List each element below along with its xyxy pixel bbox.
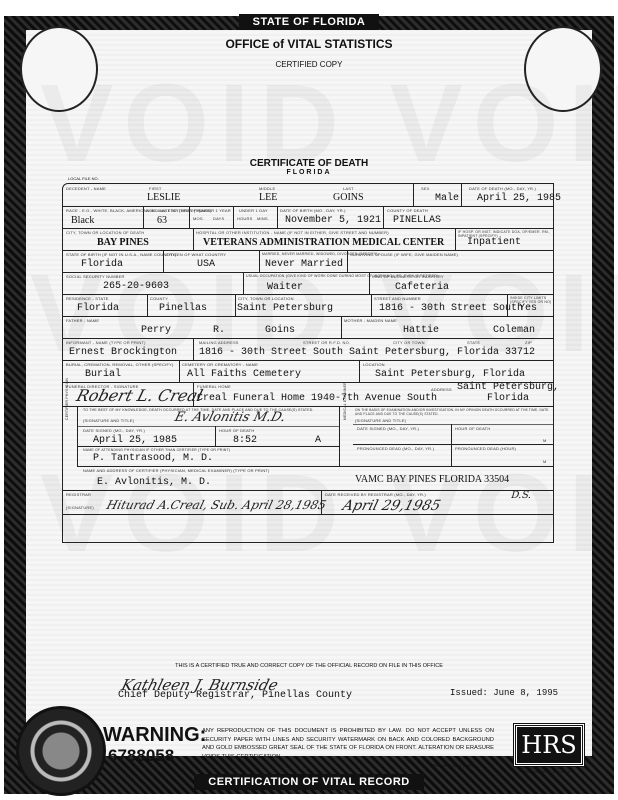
occupation: Waiter	[267, 282, 303, 293]
date-received-label: DATE RECEIVED BY REGISTRAR (Mo., Day, Yr…	[325, 492, 426, 497]
mins-label: MINS.	[257, 216, 269, 221]
res-street-label: STREET AND NUMBER	[374, 296, 421, 301]
decedent-last: GOINS	[333, 192, 364, 203]
county-of-death-label: COUNTY OF DEATH	[387, 208, 428, 213]
address-label: ADDRESS	[431, 387, 452, 392]
funeral-home-label: FUNERAL HOME	[197, 384, 231, 389]
location-label: LOCATION	[363, 362, 385, 367]
father-label: FATHER - NAME	[66, 318, 99, 323]
examiner-signature-title-label: (Signature and Title)	[355, 418, 406, 423]
me-date-signed-label: DATE SIGNED (Mo., Day, Yr.)	[357, 426, 419, 431]
hour-of-death-label: HOUR OF DEATH	[219, 428, 254, 433]
residence-city: Saint Petersburg	[237, 303, 333, 314]
certificate-title: CERTIFICATE OF DEATH	[0, 158, 618, 169]
death-certificate-form: DECEDENT - NAME FIRST MIDDLE LAST SEX DA…	[62, 183, 554, 543]
res-city-label: CITY, TOWN OR LOCATION	[238, 296, 294, 301]
funeral-home-state: Florida	[487, 393, 529, 404]
zip-label: ZIP	[525, 340, 532, 345]
top-banner: STATE OF FLORIDA	[0, 16, 618, 28]
funeral-home-city: Saint Petersburg,	[457, 382, 559, 393]
date-of-birth: November 5, 1921	[285, 215, 381, 226]
hospital-status: Inpatient	[467, 237, 521, 248]
decedent-middle: LEE	[259, 192, 277, 203]
informant-mailing-address: 1816 - 30th Street South Saint Petersbur…	[199, 347, 535, 358]
m-label: M	[543, 438, 547, 443]
hrs-logo-icon: HRS	[514, 724, 584, 766]
warning-label: WARNING:	[103, 724, 206, 747]
certifier-signature: E. Avlonitis M.D.	[173, 410, 287, 425]
father-first: Perry	[141, 325, 171, 336]
office-title: OFFICE of VITAL STATISTICS	[0, 37, 618, 51]
age: 63	[157, 215, 167, 226]
local-file-label: LOCAL FILE NO.	[68, 176, 99, 181]
decedent-first: LESLIE	[147, 192, 180, 203]
hospital: VETERANS ADMINISTRATION MEDICAL CENTER	[203, 237, 444, 248]
issued-date: Issued: June 8, 1995	[450, 688, 558, 698]
registrar-initials: D.S.	[510, 490, 533, 501]
hours-label: HOURS	[237, 216, 252, 221]
copy-type: CERTIFIED COPY	[0, 60, 618, 69]
hour-ampm: A	[315, 435, 321, 446]
cemetery-location: Saint Petersburg, Florida	[375, 369, 525, 380]
county-of-death: PINELLAS	[393, 215, 441, 226]
cemetery: All Faiths Cemetery	[187, 369, 301, 380]
certificate-state: FLORIDA	[0, 169, 618, 176]
residence-state: Florida	[77, 303, 119, 314]
registrar-label: REGISTRAR	[66, 492, 91, 497]
certifier-name-label: NAME AND ADDRESS OF CERTIFIER (PHYSICIAN…	[83, 468, 270, 473]
certifier-address: VAMC BAY PINES FLORIDA 33504	[355, 474, 509, 485]
me-hour-of-death-label: HOUR OF DEATH	[455, 426, 490, 431]
marital-status: Never Married	[265, 259, 343, 270]
date-of-death: April 25, 1985	[477, 193, 561, 204]
citizen-label: CITIZEN OF WHAT COUNTRY	[166, 252, 226, 257]
decedent-sex: Male	[435, 193, 459, 204]
dob-label: DATE OF BIRTH (Mo., Day, Yr.)	[280, 208, 346, 213]
bottom-banner-text: CERTIFICATION OF VITAL RECORD	[194, 774, 424, 790]
under-1-day-label: UNDER 1 DAY	[239, 208, 268, 213]
hospital-label: HOSPITAL OR OTHER INSTITUTION - Name (If…	[196, 230, 389, 235]
birthplace: Florida	[81, 259, 123, 270]
attending-label: NAME OF ATTENDING PHYSICIAN IF OTHER THA…	[83, 448, 230, 452]
registrar-signature-label: (Signature)	[66, 505, 94, 510]
middle-label: MIDDLE	[259, 186, 275, 191]
decedent-name-label: DECEDENT - NAME	[66, 186, 106, 191]
m-label-2: M	[543, 459, 547, 464]
inside-city-limits: Yes	[519, 303, 537, 314]
mother-first: Hattie	[403, 325, 439, 336]
certification-statement: THIS IS A CERTIFIED TRUE AND CORRECT COP…	[0, 663, 618, 669]
warning-text: ANY REPRODUCTION OF THIS DOCUMENT IS PRO…	[202, 727, 494, 761]
cemetery-label: CEMETERY OR CREMATORY - NAME	[182, 362, 258, 367]
examiner-side-label: Medical Examiner	[343, 382, 347, 420]
industry-label: KIND OF BUSINESS OR INDUSTRY	[372, 274, 444, 279]
date-signed-label: DATE SIGNED (Mo., Day, Yr.)	[83, 428, 145, 433]
days-label: DAYS	[213, 216, 224, 221]
registrar-title: Chief Deputy Registrar, Pinellas County	[118, 690, 352, 701]
father-middle: R.	[213, 325, 225, 336]
bottom-banner: CERTIFICATION OF VITAL RECORD	[0, 776, 618, 788]
pronounced-hour-label: PRONOUNCED DEAD (Hour)	[455, 446, 516, 451]
signature-title-label: (Signature and Title)	[83, 418, 134, 423]
race: Black	[71, 215, 94, 226]
top-banner-text: STATE OF FLORIDA	[239, 14, 380, 30]
state-label: STATE	[467, 340, 480, 345]
form-number: HRS FORM 1594 (6/85)	[430, 763, 473, 768]
mother-last: Coleman	[493, 325, 535, 336]
months-label: MOS.	[193, 216, 204, 221]
city-of-death-label: CITY, TOWN OR LOCATION OF DEATH	[66, 230, 145, 235]
informant: Ernest Brockington	[69, 347, 177, 358]
birthplace-label: STATE OF BIRTH (If not in U.S.A., name c…	[66, 252, 177, 257]
residence-county: Pinellas	[159, 303, 207, 314]
date-of-death-label: DATE OF DEATH (Mo., Day, Yr.)	[469, 186, 536, 191]
funeral-home: Creal Funeral Home 1940-7th Avenue South	[197, 393, 437, 404]
disposition-label: BURIAL, CREMATION, REMOVAL, OTHER (Speci…	[66, 362, 174, 367]
mailing-label: MAILING ADDRESS	[199, 340, 239, 345]
first-label: FIRST	[149, 186, 162, 191]
sex-label: SEX	[421, 186, 430, 191]
pronounced-label: PRONOUNCED DEAD (Mo., Day, Yr.)	[357, 446, 434, 451]
father-last: Goins	[265, 325, 295, 336]
spouse-label: SURVIVING SPOUSE (If wife, give maiden n…	[350, 252, 458, 257]
registrar-signature: Hiturad A.Creal, Sub. April 28,1985	[105, 498, 328, 512]
street-label: STREET OR R.F.D. NO.	[303, 340, 350, 345]
serial-number: 6788058	[108, 746, 174, 766]
disposition: Burial	[85, 369, 121, 380]
res-county-label: COUNTY	[150, 296, 168, 301]
hour-of-death: 8:52	[233, 435, 257, 446]
ssn: 265-20-9603	[103, 281, 169, 292]
examiner-text: On the basis of examination and/or inves…	[355, 408, 551, 416]
citizenship: USA	[197, 259, 215, 270]
date-signed: April 25, 1985	[93, 435, 177, 446]
hrs-logo-subtitle: DEPARTMENT OF HEALTH AND REHABILITATIVE …	[512, 766, 582, 774]
funeral-director-signature: Robert L. Creal	[74, 386, 204, 405]
ssn-label: SOCIAL SECURITY NUMBER	[66, 274, 125, 279]
certifier-name: E. Avlonitis, M. D.	[97, 477, 211, 488]
under-1-year-label: UNDER 1 YEAR	[199, 208, 231, 213]
attending-physician: P. Tantrasood, M. D.	[93, 453, 213, 464]
certifier-side-label: Certifier Physician	[65, 378, 69, 420]
last-label: LAST	[343, 186, 354, 191]
res-state-label: RESIDENCE - STATE	[66, 296, 109, 301]
mother-label: MOTHER - MAIDEN NAME	[344, 318, 397, 323]
city-of-death: BAY PINES	[97, 237, 149, 248]
date-received: April 29,1985	[341, 498, 442, 514]
informant-label: INFORMANT - NAME (Type or Print)	[66, 340, 146, 345]
residence-street: 1816 - 30th Street South	[379, 303, 523, 314]
city-town-label: CITY OR TOWN	[393, 340, 425, 345]
industry: Cafeteria	[395, 282, 449, 293]
